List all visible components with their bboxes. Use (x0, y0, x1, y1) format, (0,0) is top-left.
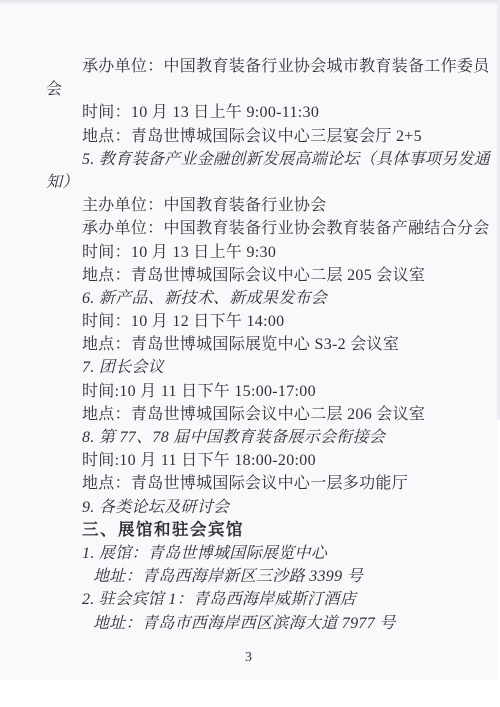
document-line: 1. 展馆：青岛世博城国际展览中心 (46, 542, 476, 565)
document-line: 时间：10 月 13 日上午 9:00-11:30 (46, 101, 476, 124)
scan-edge-top (0, 0, 500, 4)
document-line: 三、展馆和驻会宾馆 (46, 519, 476, 542)
document-line: 地点：青岛世博城国际会议中心二层 205 会议室 (46, 264, 476, 287)
document-line: 5. 教育装备产业金融创新发展高端论坛（具体事项另发通 (46, 148, 476, 171)
document-line: 时间:10 月 11 日下午 15:00-17:00 (46, 380, 476, 403)
document-line: 时间：10 月 12 日下午 14:00 (46, 310, 476, 333)
document-line: 会 (46, 78, 476, 101)
document-line: 9. 各类论坛及研讨会 (46, 496, 476, 519)
scanned-document-page: 承办单位：中国教育装备行业协会城市教育装备工作委员会时间：10 月 13 日上午… (0, 0, 500, 707)
document-line: 2. 驻会宾馆 1：青岛西海岸威斯汀酒店 (46, 588, 476, 611)
document-line: 地点：青岛世博城国际展览中心 S3-2 会议室 (46, 333, 476, 356)
page-number: 3 (0, 650, 497, 666)
document-line: 主办单位：中国教育装备行业协会 (46, 194, 476, 217)
document-line: 时间：10 月 13 日上午 9:30 (46, 241, 476, 264)
document-line: 7. 团长会议 (46, 356, 476, 379)
document-lines: 承办单位：中国教育装备行业协会城市教育装备工作委员会时间：10 月 13 日上午… (46, 55, 476, 635)
document-line: 地址：青岛西海岸新区三沙路 3399 号 (46, 565, 476, 588)
document-line: 地点：青岛世博城国际会议中心一层多功能厅 (46, 472, 476, 495)
document-line: 时间:10 月 11 日下午 18:00-20:00 (46, 449, 476, 472)
document-line: 承办单位：中国教育装备行业协会城市教育装备工作委员 (46, 55, 476, 78)
document-line: 8. 第 77、78 届中国教育装备展示会衔接会 (46, 426, 476, 449)
document-line: 地点：青岛世博城国际会议中心二层 206 会议室 (46, 403, 476, 426)
document-line: 地址：青岛市西海岸西区滨海大道 7977 号 (46, 612, 476, 635)
document-line: 知） (46, 171, 476, 194)
document-body: 承办单位：中国教育装备行业协会城市教育装备工作委员会时间：10 月 13 日上午… (46, 55, 476, 635)
document-line: 承办单位：中国教育装备行业协会教育装备产融结合分会 (46, 217, 476, 240)
document-line: 地点：青岛世博城国际会议中心三层宴会厅 2+5 (46, 125, 476, 148)
document-line: 6. 新产品、新技术、新成果发布会 (46, 287, 476, 310)
